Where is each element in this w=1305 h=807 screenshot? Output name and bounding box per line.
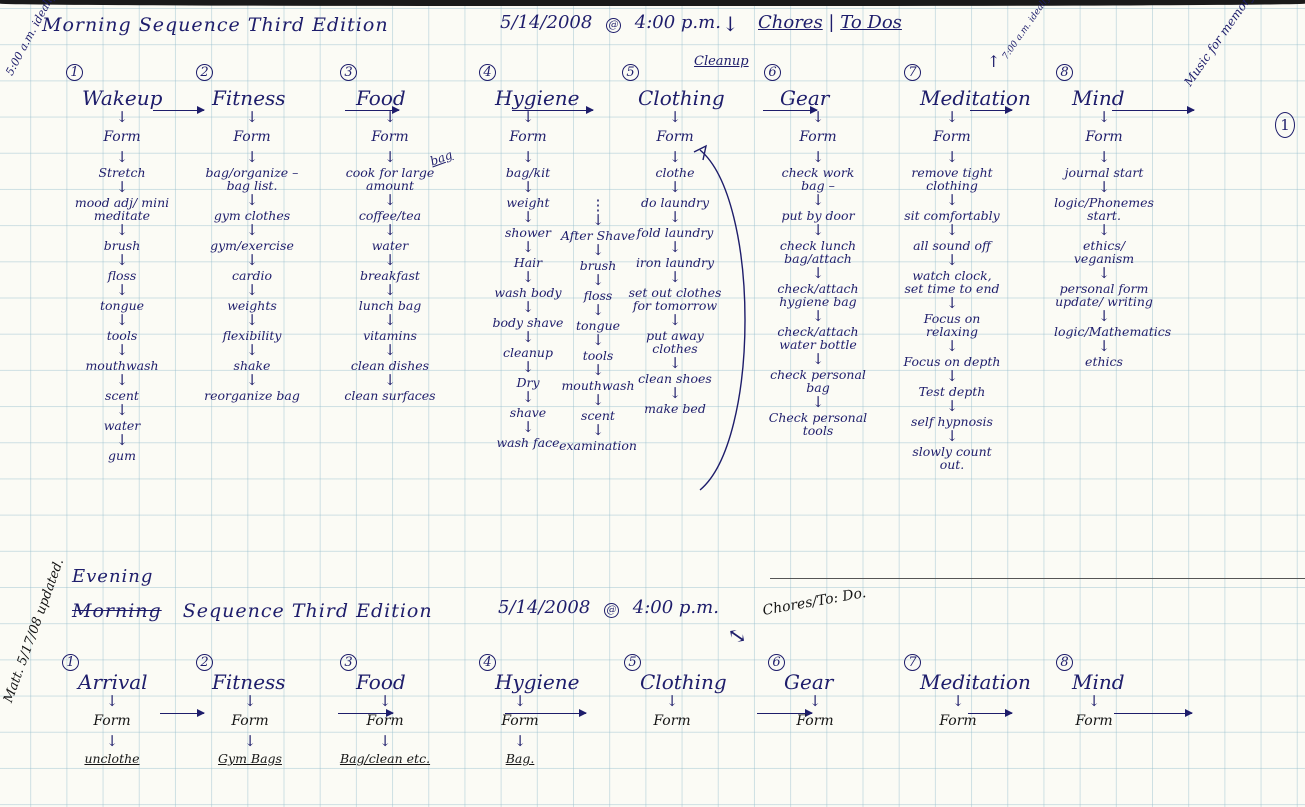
category-gear: Gear	[784, 670, 833, 694]
step-column: ↓Form	[622, 694, 722, 734]
down-arrow-icon: ↓	[379, 694, 392, 709]
down-arrow-icon: ↓	[106, 694, 119, 709]
down-arrow-icon: ↓	[106, 734, 119, 749]
step-item: Gym Bags	[200, 752, 300, 765]
step-item: Form	[200, 715, 300, 728]
step-number-badge: 7	[904, 654, 921, 671]
step-item: Form	[335, 715, 435, 728]
section-divider	[770, 578, 1305, 579]
category-meditation: Meditation	[920, 670, 1031, 694]
evening-heading: Evening	[72, 566, 153, 587]
down-arrow-icon: ↓	[666, 694, 679, 709]
step-item: Form	[908, 715, 1008, 728]
step-column: ↓Form	[765, 694, 865, 734]
step-column: ↓Form↓unclothe	[62, 694, 162, 768]
step-item: Form	[1044, 715, 1144, 728]
category-food: Food	[356, 670, 406, 694]
right-arrow-icon	[160, 713, 205, 714]
evening-title: Morning Sequence Third Edition	[72, 600, 433, 622]
down-arrow-icon: ↓	[1088, 694, 1101, 709]
down-arrow-icon: ↓	[809, 694, 822, 709]
step-column: ↓Form	[908, 694, 1008, 734]
step-number-badge: 1	[62, 654, 79, 671]
category-arrival: Arrival	[78, 670, 148, 694]
step-item: Bag.	[470, 752, 570, 765]
step-number-badge: 2	[196, 654, 213, 671]
step-item: Bag/clean etc.	[335, 752, 435, 765]
step-column: ↓Form↓Bag/clean etc.	[335, 694, 435, 768]
down-arrow-icon: ↓	[379, 734, 392, 749]
down-arrow-icon: ↓	[514, 734, 527, 749]
category-hygiene: Hygiene	[495, 670, 580, 694]
step-column: ↓Form	[1044, 694, 1144, 734]
step-number-badge: 6	[768, 654, 785, 671]
down-arrow-icon: ↓	[244, 734, 257, 749]
step-item: Form	[470, 715, 570, 728]
step-number-badge: 5	[624, 654, 641, 671]
step-number-badge: 8	[1056, 654, 1073, 671]
step-item: unclothe	[62, 752, 162, 765]
struck-word: Morning	[72, 600, 162, 622]
category-clothing: Clothing	[640, 670, 727, 694]
step-column: ↓Form↓Gym Bags	[200, 694, 300, 768]
step-column: ↓Form↓Bag.	[470, 694, 570, 768]
step-item: Form	[62, 715, 162, 728]
step-number-badge: 3	[340, 654, 357, 671]
category-mind: Mind	[1072, 670, 1125, 694]
step-item: Form	[765, 715, 865, 728]
down-arrow-icon: ↓	[952, 694, 965, 709]
step-item: Form	[622, 715, 722, 728]
category-fitness: Fitness	[212, 670, 286, 694]
evening-date: 5/14/2008 @ 4:00 p.m.	[498, 597, 719, 618]
down-arrow-icon: ↓	[514, 694, 527, 709]
down-arrow-icon: ↓	[244, 694, 257, 709]
step-number-badge: 4	[479, 654, 496, 671]
